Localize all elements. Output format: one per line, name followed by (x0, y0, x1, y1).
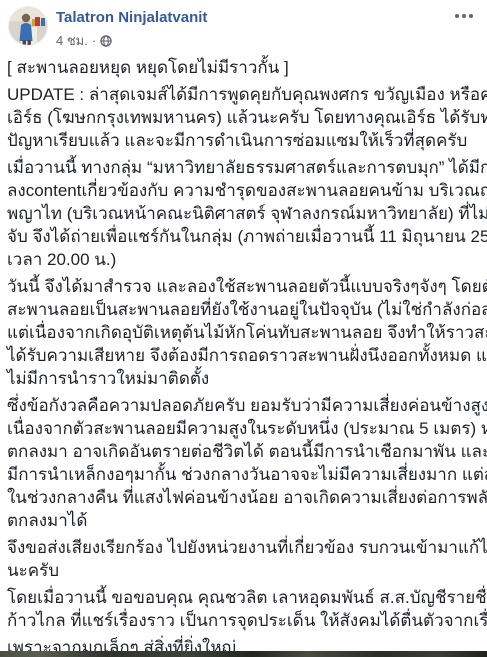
post-text-line: นะครับ (7, 559, 479, 582)
post-text-line: ซึ่งข้อกังวลคือความปลอดภัยครับ ยอมรับว่า… (7, 394, 479, 417)
post-text-line: ก้าวไกล ที่แชร์เรื่องราว เป็นการจุดประเด… (7, 609, 479, 632)
post-text-line: แต่เนื่องจากเกิดอุบัติเหตุต้นไม้หักโค่นท… (7, 321, 479, 344)
post-text-line: UPDATE : ล่าสุดเจมส์ได้มีการพูดคุยกับคุณ… (7, 83, 479, 106)
post-text-line: [ สะพานลอยหยุด หยุดโดยไม่มีราวกั้น ] (7, 56, 479, 79)
post-text-line: พญาไท (บริเวณหน้าคณะนิติศาสตร์ จุฬาลงกรณ… (7, 202, 479, 225)
post-text-line: ในช่วงกลางคืน ที่แสงไฟค่อนข้างน้อย อาจเก… (7, 486, 479, 509)
post-text-line: สะพานลอยเป็นสะพานลอยที่ยังใช้งานอยู่ในปั… (7, 298, 479, 321)
globe-icon (100, 35, 112, 47)
header-meta: Talatron Ninjalatvanit 4 ชม. · (56, 6, 453, 51)
post-text-line: ตกลงมาได้ (7, 509, 479, 532)
avatar[interactable] (8, 6, 48, 46)
post-text-line: เอิร์ธ (โฆษกกรุงเทพมหานคร) แล้วนะครับ โด… (7, 106, 479, 129)
timestamp[interactable]: 4 ชม. (56, 30, 88, 51)
post-header: Talatron Ninjalatvanit 4 ชม. · (0, 0, 487, 52)
meta-separator: · (92, 33, 96, 48)
attached-photo-top-edge[interactable] (0, 651, 487, 657)
post-text-line: ตกลงมา อาจเกิดอันตรายต่อชีวิตได้ ตอนนี้ม… (7, 440, 479, 463)
post-text-line: เวลา 20.00 น.) (7, 248, 479, 271)
avatar-image (9, 7, 48, 46)
author-name[interactable]: Talatron Ninjalatvanit (56, 8, 207, 27)
post-text-line: ปัญหาเรียบแล้ว และจะมีการดำเนินการซ่อมแซ… (7, 129, 479, 152)
post-text-line: ได้รับความเสียหาย จึงต้องมีการถอดราวสะพา… (7, 344, 479, 367)
post-paragraph: [ สะพานลอยหยุด หยุดโดยไม่มีราวกั้น ] (7, 56, 479, 79)
post-text-line: โดยเมื่อวานนี้ ขอขอบคุณ คุณชวลิต เลาหอุด… (7, 586, 479, 609)
ellipsis-icon (462, 14, 466, 18)
post-text-line: ลงcontentเกี่ยวข้องกับ ความชำรุดของสะพาน… (7, 179, 479, 202)
facebook-post: Talatron Ninjalatvanit 4 ชม. · [ สะพานลอ… (0, 0, 487, 657)
post-paragraph: เมื่อวานนี้ ทางกลุ่ม “มหาวิทยาลัยธรรมศาส… (7, 156, 479, 271)
post-meta-row: 4 ชม. · (56, 30, 453, 51)
post-text-line: มีการนำเหล็กงอๆมากั้น ช่วงกลางวันอาจจะไม… (7, 463, 479, 486)
post-text-line: จึงขอส่งเสียงเรียกร้อง ไปยังหน่วยงานที่เ… (7, 536, 479, 559)
ellipsis-icon (455, 14, 459, 18)
post-text-line: วันนี้ จึงได้มาสำรวจ และลองใช้สะพานลอยตั… (7, 275, 479, 298)
post-text-line: จับ จึงได้ถ่ายเพื่อแชร์กันในกลุ่ม (ภาพถ่… (7, 225, 479, 248)
post-paragraph: โดยเมื่อวานนี้ ขอขอบคุณ คุณชวลิต เลาหอุด… (7, 586, 479, 632)
post-text-line: เมื่อวานนี้ ทางกลุ่ม “มหาวิทยาลัยธรรมศาส… (7, 156, 479, 179)
post-text-line: ไม่มีการนำราวใหม่มาติดตั้ง (7, 367, 479, 390)
post-paragraph: ซึ่งข้อกังวลคือความปลอดภัยครับ ยอมรับว่า… (7, 394, 479, 532)
post-paragraph: วันนี้ จึงได้มาสำรวจ และลองใช้สะพานลอยตั… (7, 275, 479, 390)
post-paragraph: UPDATE : ล่าสุดเจมส์ได้มีการพูดคุยกับคุณ… (7, 83, 479, 152)
post-options-button[interactable] (453, 10, 475, 22)
post-text: [ สะพานลอยหยุด หยุดโดยไม่มีราวกั้น ]UPDA… (0, 52, 487, 657)
post-text-line: เนื่องจากตัวสะพานลอยมีความสูงในระดับหนึ่… (7, 417, 479, 440)
ellipsis-icon (469, 14, 473, 18)
post-paragraph: จึงขอส่งเสียงเรียกร้อง ไปยังหน่วยงานที่เ… (7, 536, 479, 582)
